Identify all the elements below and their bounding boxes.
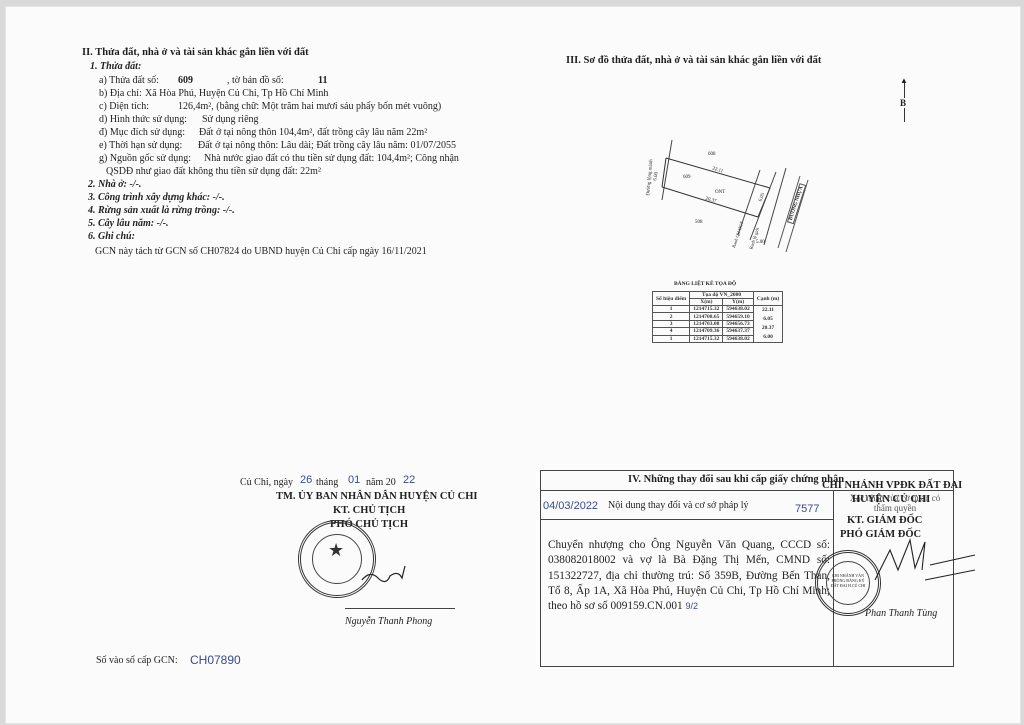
issuing-org: TM. ỦY BAN NHÂN DÂN HUYỆN CỦ CHI <box>276 491 477 502</box>
cell: 1 <box>653 335 690 342</box>
sign-month-label: tháng <box>316 477 338 488</box>
section-3-title: III. Sơ đồ thửa đất, nhà ở và tài sản kh… <box>566 55 821 66</box>
edge-label-5: 5.00 <box>756 240 765 245</box>
cell: 594659.10 <box>723 313 753 320</box>
note-heading: 6. Ghi chú: <box>88 231 135 242</box>
perennial-item: 5. Cây lâu năm: -/-. <box>88 218 169 229</box>
map-sheet-label: , tờ bản đồ số: <box>227 75 284 86</box>
item-g-label: g) Nguồn gốc sử dụng: <box>99 153 191 164</box>
house-item: 2. Nhà ở: -/-. <box>88 179 141 190</box>
col-system: Tọa độ VN_2000 <box>690 292 754 299</box>
sign-year-label: năm 20 <box>366 477 396 488</box>
forest-item: 4. Rừng sản xuất là rừng trồng: -/-. <box>88 205 235 216</box>
cell: 594637.37 <box>723 328 753 335</box>
table-row: 11214715.32594638.0222.116.0520.376.00 <box>653 306 783 313</box>
parcel-number: 609 <box>178 75 193 86</box>
edge-value: 20.37 <box>757 324 779 333</box>
registry-label: Số vào sổ cấp GCN: <box>96 655 178 666</box>
col-x: X(m) <box>690 299 723 306</box>
cell: 3 <box>653 320 690 327</box>
issuer-role-1: KT. CHỦ TỊCH <box>333 505 405 516</box>
office-district: HUYỆN CỦ CHI <box>852 494 930 505</box>
usage-form-value: Sử dụng riêng <box>202 114 259 125</box>
signature-line <box>345 608 455 609</box>
col-point: Số hiệu điểm <box>653 292 690 306</box>
cell: 594638.02 <box>723 335 753 342</box>
item-d-label: d) Hình thức sử dụng: <box>99 114 187 125</box>
registry-value: CH07890 <box>190 653 241 667</box>
edge-value: 22.11 <box>757 306 779 315</box>
change-content: Chuyển nhượng cho Ông Nguyễn Văn Quang, … <box>548 538 830 614</box>
cell: 1214715.32 <box>690 306 723 313</box>
handwritten-number: 7577 <box>795 503 819 515</box>
neighbor-508: 508 <box>695 220 703 225</box>
sign-day: 26 <box>300 474 312 486</box>
sign-month: 01 <box>348 474 360 486</box>
seal-text: CHI NHÁNH VĂN PHÒNG ĐĂNG KÝ ĐẤT ĐAI H.CỦ… <box>830 573 866 588</box>
item-e-label: e) Thời hạn sử dụng: <box>99 140 182 151</box>
signer-name-left: Nguyễn Thanh Phong <box>345 616 432 627</box>
origin-value-line2: QSDĐ như giao đất không thu tiền sử dụng… <box>106 166 321 177</box>
cell: 594638.02 <box>723 306 753 313</box>
change-date: 04/03/2022 <box>543 500 598 512</box>
usage-purpose-value: Đất ở tại nông thôn 104,4m², đất trồng c… <box>199 127 427 138</box>
cell: 1214709.36 <box>690 328 723 335</box>
item-a-label: a) Thửa đất số: <box>99 75 159 86</box>
signature-right <box>870 530 980 600</box>
edge-value: 6.05 <box>757 315 779 324</box>
change-content-mark: 9/2 <box>685 601 698 611</box>
area-value: 126,4m², (bằng chữ: Một trăm hai mươi sá… <box>178 101 441 112</box>
land-type: ONT <box>715 190 725 195</box>
signature-left <box>360 560 420 590</box>
usage-term-value: Đất ở tại nông thôn: Lâu dài; Đất trồng … <box>198 140 456 151</box>
col-y: Y(m) <box>723 299 753 306</box>
item-c-label: c) Diện tích: <box>99 101 149 112</box>
cell: 1214715.32 <box>690 335 723 342</box>
cell: 594656.73 <box>723 320 753 327</box>
sign-date-prefix: Củ Chi, ngày <box>240 477 293 488</box>
north-label: B <box>900 98 906 108</box>
cell: 2 <box>653 313 690 320</box>
address-value: Xã Hòa Phú, Huyện Củ Chi, Tp Hồ Chí Minh <box>145 88 328 99</box>
parcel-diagram <box>640 140 810 260</box>
cell: 1214708.65 <box>690 313 723 320</box>
other-works-item: 3. Công trình xây dựng khác: -/-. <box>88 192 225 203</box>
item-b-label: b) Địa chỉ: <box>99 88 142 99</box>
neighbor-608: 608 <box>708 152 716 157</box>
confirm-role-1: KT. GIÁM ĐỐC <box>847 515 922 526</box>
land-heading: 1. Thửa đất: <box>90 61 141 72</box>
item-dd-label: đ) Mục đích sử dụng: <box>99 127 185 138</box>
office-name: CHI NHÁNH VPĐK ĐẤT ĐAI <box>822 480 962 491</box>
north-arrow-icon: ▲ <box>900 76 908 85</box>
edge-value: 6.00 <box>757 333 779 342</box>
origin-value: Nhà nước giao đất có thu tiền sử dụng đấ… <box>204 153 459 164</box>
coordinate-table: Số hiệu điểm Tọa độ VN_2000 Cạnh (m) X(m… <box>652 291 783 343</box>
cell: 1214703.08 <box>690 320 723 327</box>
note-text: GCN này tách từ GCN số CH07824 do UBND h… <box>95 246 427 257</box>
map-sheet-number: 11 <box>318 75 327 86</box>
signer-name-right: Phan Thanh Tùng <box>865 608 937 619</box>
coord-table-title: BẢNG LIỆT KÊ TỌA ĐỘ <box>674 281 736 287</box>
star-icon: ★ <box>328 540 344 561</box>
col-edge: Cạnh (m) <box>753 292 782 306</box>
content-header: Nội dung thay đổi và cơ sở pháp lý <box>608 500 749 511</box>
cell: 1 <box>653 306 690 313</box>
cell: 4 <box>653 328 690 335</box>
parcel-609: 609 <box>683 175 691 180</box>
sign-year: 22 <box>403 474 415 486</box>
section-2-title: II. Thửa đất, nhà ở và tài sản khác gắn … <box>82 47 309 58</box>
changes-title: IV. Những thay đổi sau khi cấp giấy chứn… <box>628 474 844 485</box>
edges-cell: 22.116.0520.376.00 <box>753 306 782 343</box>
